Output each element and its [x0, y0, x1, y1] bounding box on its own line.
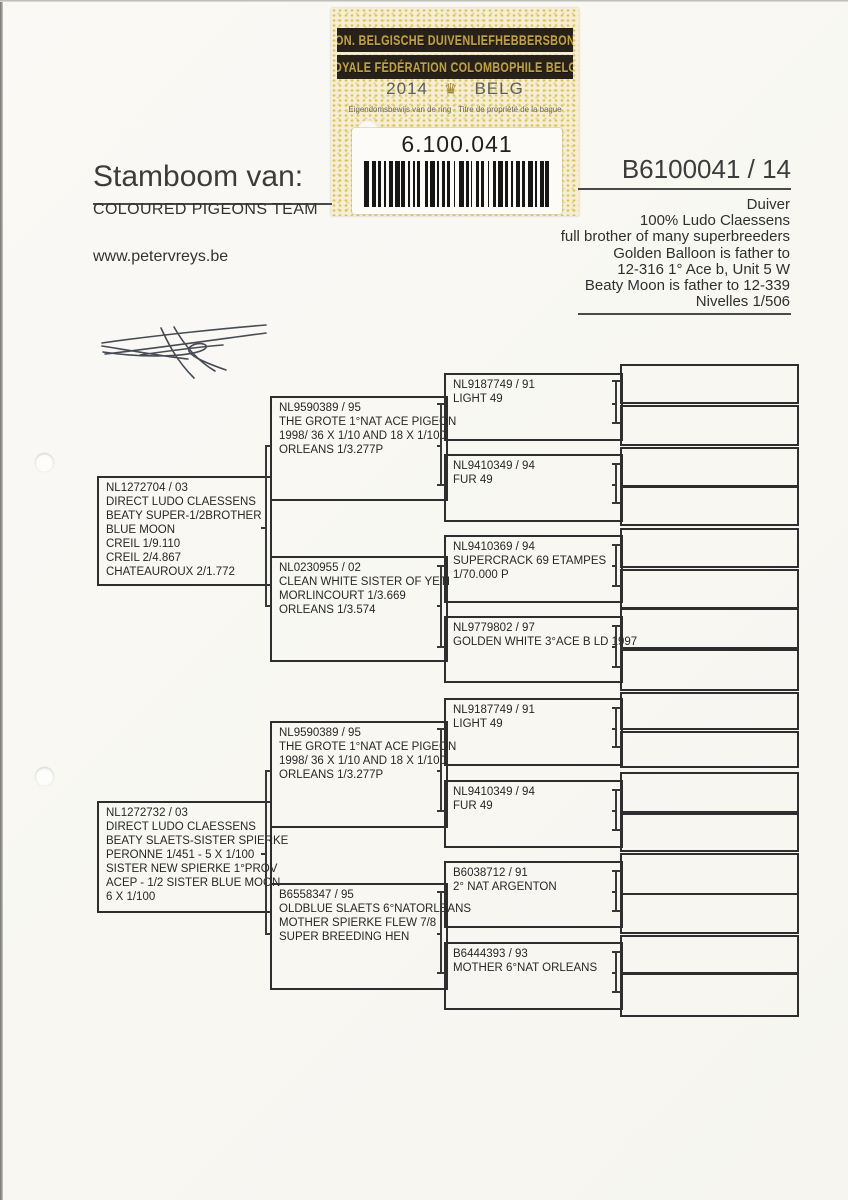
- connector-line: [437, 972, 445, 974]
- barcode-bar: [481, 161, 484, 207]
- bird-note-line: Golden Balloon is father to: [561, 246, 790, 262]
- pedigree-text-line: THE GROTE 1°NAT ACE PIGEON: [279, 415, 446, 429]
- connector-line: [612, 625, 621, 627]
- barcode-bar: [425, 161, 428, 207]
- connector-line: [261, 853, 266, 855]
- connector-line: [437, 770, 441, 772]
- connector-line: [265, 445, 267, 606]
- connector-line: [612, 728, 616, 730]
- barcode-bar: [540, 161, 543, 207]
- barcode-bar: [505, 161, 508, 207]
- pedigree-text-line: SISTER NEW SPIERKE 1°PROV: [106, 862, 270, 876]
- barcode-bar: [476, 161, 479, 207]
- connector-line: [437, 933, 441, 935]
- pedigree-box-sire: NL1272704 / 03DIRECT LUDO CLAESSENSBEATY…: [97, 476, 272, 586]
- connector-line: [440, 403, 442, 485]
- connector-line: [612, 891, 616, 893]
- pedigree-box-dam: NL1272732 / 03DIRECT LUDO CLAESSENSBEATY…: [97, 801, 272, 913]
- barcode-bar: [493, 161, 496, 207]
- scan-top-edge: [0, 0, 848, 2]
- bird-note-line: 12-316 1° Ace b, Unit 5 W: [561, 262, 790, 278]
- connector-line: [612, 666, 621, 668]
- bird-notes: Duiver100% Ludo Claessensfull brother of…: [561, 197, 790, 310]
- pedigree-box-empty: [620, 649, 799, 691]
- federation-name-nl-bar: KON. BELGISCHE DUIVENLIEFHEBBERSBOND: [337, 28, 573, 52]
- pedigree-text-line: MORLINCOURT 1/3.669: [279, 589, 446, 603]
- pedigree-box-empty: [620, 569, 799, 609]
- pedigree-box-great-grandparent: NL9779802 / 97GOLDEN WHITE 3°ACE B LD 19…: [444, 616, 623, 683]
- connector-line: [612, 422, 621, 424]
- pedigree-text-line: SUPER BREEDING HEN: [279, 930, 446, 944]
- pedigree-text-line: ORLEANS 1/3.277P: [279, 443, 446, 457]
- pedigree-box-empty: [620, 893, 799, 934]
- pedigree-box-great-grandparent: B6038712 / 912° NAT ARGENTON: [444, 861, 623, 928]
- barcode-bar: [384, 161, 386, 207]
- pedigree-text-line: NL9590389 / 95: [279, 726, 446, 740]
- pedigree-text-line: PERONNE 1/451 - 5 X 1/100: [106, 848, 270, 862]
- pedigree-text-line: BEATY SLAETS-SISTER SPIERKE: [106, 834, 270, 848]
- pedigree-text-line: NL1272732 / 03: [106, 806, 270, 820]
- pedigree-text-line: ORLEANS 1/3.574: [279, 603, 446, 617]
- connector-line: [615, 870, 617, 910]
- connector-line: [612, 585, 621, 587]
- pedigree-text-line: NL1272704 / 03: [106, 481, 270, 495]
- pedigree-text-line: 1998/ 36 X 1/10 AND 18 X 1/100: [279, 754, 446, 768]
- connector-line: [437, 810, 445, 812]
- connector-line: [265, 770, 267, 933]
- connector-line: [612, 646, 616, 648]
- bird-note-line: Nivelles 1/506: [561, 294, 790, 310]
- pedigree-box-empty: [620, 973, 799, 1017]
- divider-line: [578, 188, 791, 190]
- pedigree-text-line: FUR 49: [453, 799, 621, 813]
- pedigree-text-line: DIRECT LUDO CLAESSENS: [106, 820, 270, 834]
- pedigree-text-line: NL9410369 / 94: [453, 540, 621, 554]
- pedigree-box-great-grandparent: NL9187749 / 91LIGHT 49: [444, 698, 623, 766]
- barcode-bar: [378, 161, 381, 207]
- pedigree-text-line: NL0230955 / 02: [279, 561, 446, 575]
- barcode-bar: [454, 161, 456, 207]
- pedigree-text-line: CHATEAUROUX 2/1.772: [106, 565, 270, 579]
- barcode-bar: [471, 161, 473, 207]
- connector-line: [612, 829, 621, 831]
- pedigree-text-line: BLUE MOON: [106, 523, 270, 537]
- pedigree-text-line: NL9779802 / 97: [453, 621, 621, 635]
- connector-line: [612, 707, 621, 709]
- pedigree-box-empty: [620, 692, 799, 730]
- connector-line: [615, 380, 617, 422]
- scan-left-edge: [0, 0, 3, 1200]
- connector-line: [612, 972, 616, 974]
- pedigree-text-line: B6038712 / 91: [453, 866, 621, 880]
- pedigree-text-line: NL9410349 / 94: [453, 785, 621, 799]
- connector-line: [615, 707, 617, 746]
- barcode-bar: [401, 161, 404, 207]
- connector-line: [612, 403, 616, 405]
- pedigree-box-empty: [620, 405, 799, 446]
- federation-name-nl: KON. BELGISCHE DUIVENLIEFHEBBERSBOND: [337, 33, 573, 48]
- pedigree-box-empty: [620, 935, 799, 974]
- barcode-bar: [417, 161, 420, 207]
- barcode-bar: [408, 161, 410, 207]
- pedigree-text-line: LIGHT 49: [453, 717, 621, 731]
- barcode-bar: [522, 161, 525, 207]
- pedigree-box-empty: [620, 364, 799, 404]
- hole-punch: [35, 453, 54, 472]
- barcode-bar: [372, 161, 375, 207]
- pedigree-text-line: ACEP - 1/2 SISTER BLUE MOON: [106, 876, 270, 890]
- connector-line: [612, 910, 621, 912]
- pedigree-box-empty: [620, 447, 799, 487]
- bird-id: B6100041 / 14: [622, 154, 791, 185]
- connector-line: [612, 380, 621, 382]
- connector-line: [612, 870, 621, 872]
- connector-line: [440, 891, 442, 973]
- connector-line: [265, 933, 271, 935]
- pedigree-box-empty: [620, 731, 799, 768]
- pedigree-text-line: CREIL 2/4.867: [106, 551, 270, 565]
- connector-line: [437, 728, 445, 730]
- connector-line: [612, 951, 621, 953]
- pedigree-box-great-grandparent: NL9410349 / 94FUR 49: [444, 780, 623, 848]
- pedigree-text-line: MOTHER 6°NAT ORLEANS: [453, 961, 621, 975]
- pedigree-text-line: SUPERCRACK 69 ETAMPES: [453, 554, 621, 568]
- pedigree-box-empty: [620, 813, 799, 852]
- connector-line: [612, 565, 616, 567]
- connector-line: [437, 484, 445, 486]
- barcode-bar: [437, 161, 439, 207]
- pedigree-box-grandparent: NL9590389 / 95THE GROTE 1°NAT ACE PIGEON…: [270, 396, 448, 501]
- federation-name-fr: ROYALE FÉDÉRATION COLOMBOPHILE BELGE: [337, 60, 573, 75]
- connector-line: [612, 502, 621, 504]
- barcode-bar: [466, 161, 469, 207]
- connector-line: [612, 991, 621, 993]
- barcode-bar: [389, 161, 392, 207]
- pedigree-text-line: 6 X 1/100: [106, 890, 270, 904]
- pedigree-box-great-grandparent: NL9187749 / 91LIGHT 49: [444, 373, 623, 441]
- federation-name-fr-bar: ROYALE FÉDÉRATION COLOMBOPHILE BELGE: [337, 55, 573, 79]
- connector-line: [615, 463, 617, 503]
- pedigree-text-line: CREIL 1/9.110: [106, 537, 270, 551]
- pedigree-text-line: 2° NAT ARGENTON: [453, 880, 621, 894]
- pedigree-text-line: CLEAN WHITE SISTER OF YETI: [279, 575, 446, 589]
- year-label: 2014: [386, 79, 428, 99]
- pedigree-box-great-grandparent: NL9410369 / 94SUPERCRACK 69 ETAMPES1/70.…: [444, 535, 623, 603]
- ownership-subtitle: Eigendomsbewijs van de ring · Titre de p…: [340, 104, 571, 114]
- pedigree-text-line: GOLDEN WHITE 3°ACE B LD 1997: [453, 635, 621, 649]
- ring-number: 6.100.041: [352, 131, 562, 158]
- barcode-bar: [413, 161, 415, 207]
- connector-line: [265, 445, 271, 447]
- connector-line: [437, 646, 445, 648]
- team-name: COLOURED PIGEONS TEAM: [93, 201, 318, 219]
- ring-barcode-label: 6.100.041: [352, 128, 562, 214]
- pedigree-text-line: NL9410349 / 94: [453, 459, 621, 473]
- federation-sticker: KON. BELGISCHE DUIVENLIEFHEBBERSBOND ROY…: [331, 8, 579, 216]
- pedigree-text-line: NL9590389 / 95: [279, 401, 446, 415]
- pedigree-box-great-grandparent: B6444393 / 93MOTHER 6°NAT ORLEANS: [444, 942, 623, 1010]
- pedigree-box-empty: [620, 486, 799, 526]
- connector-line: [437, 403, 445, 405]
- connector-line: [612, 484, 616, 486]
- pedigree-text-line: BEATY SUPER-1/2BROTHER: [106, 509, 270, 523]
- pedigree-text-line: LIGHT 49: [453, 392, 621, 406]
- country-label: BELG: [474, 79, 523, 99]
- connector-line: [265, 605, 271, 607]
- divider-line: [578, 313, 791, 315]
- barcode-bar: [364, 161, 369, 207]
- pedigree-box-grandparent: NL0230955 / 02CLEAN WHITE SISTER OF YETI…: [270, 556, 448, 662]
- barcode-bar: [442, 161, 445, 207]
- signature-scribble: [88, 315, 278, 395]
- barcode-bar: [498, 161, 503, 207]
- barcode-bar: [535, 161, 537, 207]
- pedigree-text-line: 1/70.000 P: [453, 568, 621, 582]
- connector-line: [437, 445, 441, 447]
- pedigree-title: Stamboom van:: [93, 160, 303, 194]
- pedigree-box-empty: [620, 772, 799, 813]
- pedigree-text-line: B6558347 / 95: [279, 888, 446, 902]
- barcode-bar: [447, 161, 450, 207]
- pedigree-text-line: 1998/ 36 X 1/10 AND 18 X 1/100: [279, 429, 446, 443]
- pedigree-box-empty: [620, 608, 799, 649]
- bird-note-line: Duiver: [561, 197, 790, 213]
- pedigree-text-line: DIRECT LUDO CLAESSENS: [106, 495, 270, 509]
- website-url: www.petervreys.be: [93, 248, 228, 266]
- bird-note-line: 100% Ludo Claessens: [561, 213, 790, 229]
- pedigree-text-line: THE GROTE 1°NAT ACE PIGEON: [279, 740, 446, 754]
- pedigree-text-line: OLDBLUE SLAETS 6°NATORLEANS: [279, 902, 446, 916]
- barcode-bar: [545, 161, 548, 207]
- bird-note-line: full brother of many superbreeders: [561, 229, 790, 245]
- connector-line: [612, 544, 621, 546]
- pedigree-text-line: B6444393 / 93: [453, 947, 621, 961]
- connector-line: [612, 463, 621, 465]
- hole-punch: [35, 767, 54, 786]
- barcode-bar: [528, 161, 533, 207]
- connector-line: [437, 605, 441, 607]
- connector-line: [437, 565, 445, 567]
- pedigree-text-line: NL9187749 / 91: [453, 378, 621, 392]
- barcode-bar: [430, 161, 435, 207]
- barcode-bar: [516, 161, 519, 207]
- pedigree-box-great-grandparent: NL9410349 / 94FUR 49: [444, 454, 623, 522]
- barcode-bar: [488, 161, 490, 207]
- connector-line: [612, 746, 621, 748]
- connector-line: [612, 789, 621, 791]
- connector-line: [437, 891, 445, 893]
- barcode: [364, 161, 550, 207]
- pedigree-text-line: NL9187749 / 91: [453, 703, 621, 717]
- pedigree-text-line: ORLEANS 1/3.277P: [279, 768, 446, 782]
- pedigree-text-line: MOTHER SPIERKE FLEW 7/8: [279, 916, 446, 930]
- connector-line: [612, 810, 616, 812]
- connector-line: [261, 527, 266, 529]
- bird-note-line: Beaty Moon is father to 12-339: [561, 278, 790, 294]
- crown-icon: ♛: [444, 80, 458, 98]
- pedigree-box-grandparent: B6558347 / 95OLDBLUE SLAETS 6°NATORLEANS…: [270, 883, 448, 990]
- barcode-bar: [395, 161, 400, 207]
- pedigree-box-empty: [620, 528, 799, 568]
- year-country-row: 2014 ♛ BELG: [331, 78, 579, 100]
- scanned-pedigree-page: KON. BELGISCHE DUIVENLIEFHEBBERSBOND ROY…: [0, 0, 848, 1200]
- barcode-bar: [511, 161, 513, 207]
- connector-line: [265, 770, 271, 772]
- connector-line: [615, 789, 617, 829]
- pedigree-box-empty: [620, 853, 799, 895]
- pedigree-text-line: FUR 49: [453, 473, 621, 487]
- pedigree-box-grandparent: NL9590389 / 95THE GROTE 1°NAT ACE PIGEON…: [270, 721, 448, 828]
- barcode-bar: [459, 161, 464, 207]
